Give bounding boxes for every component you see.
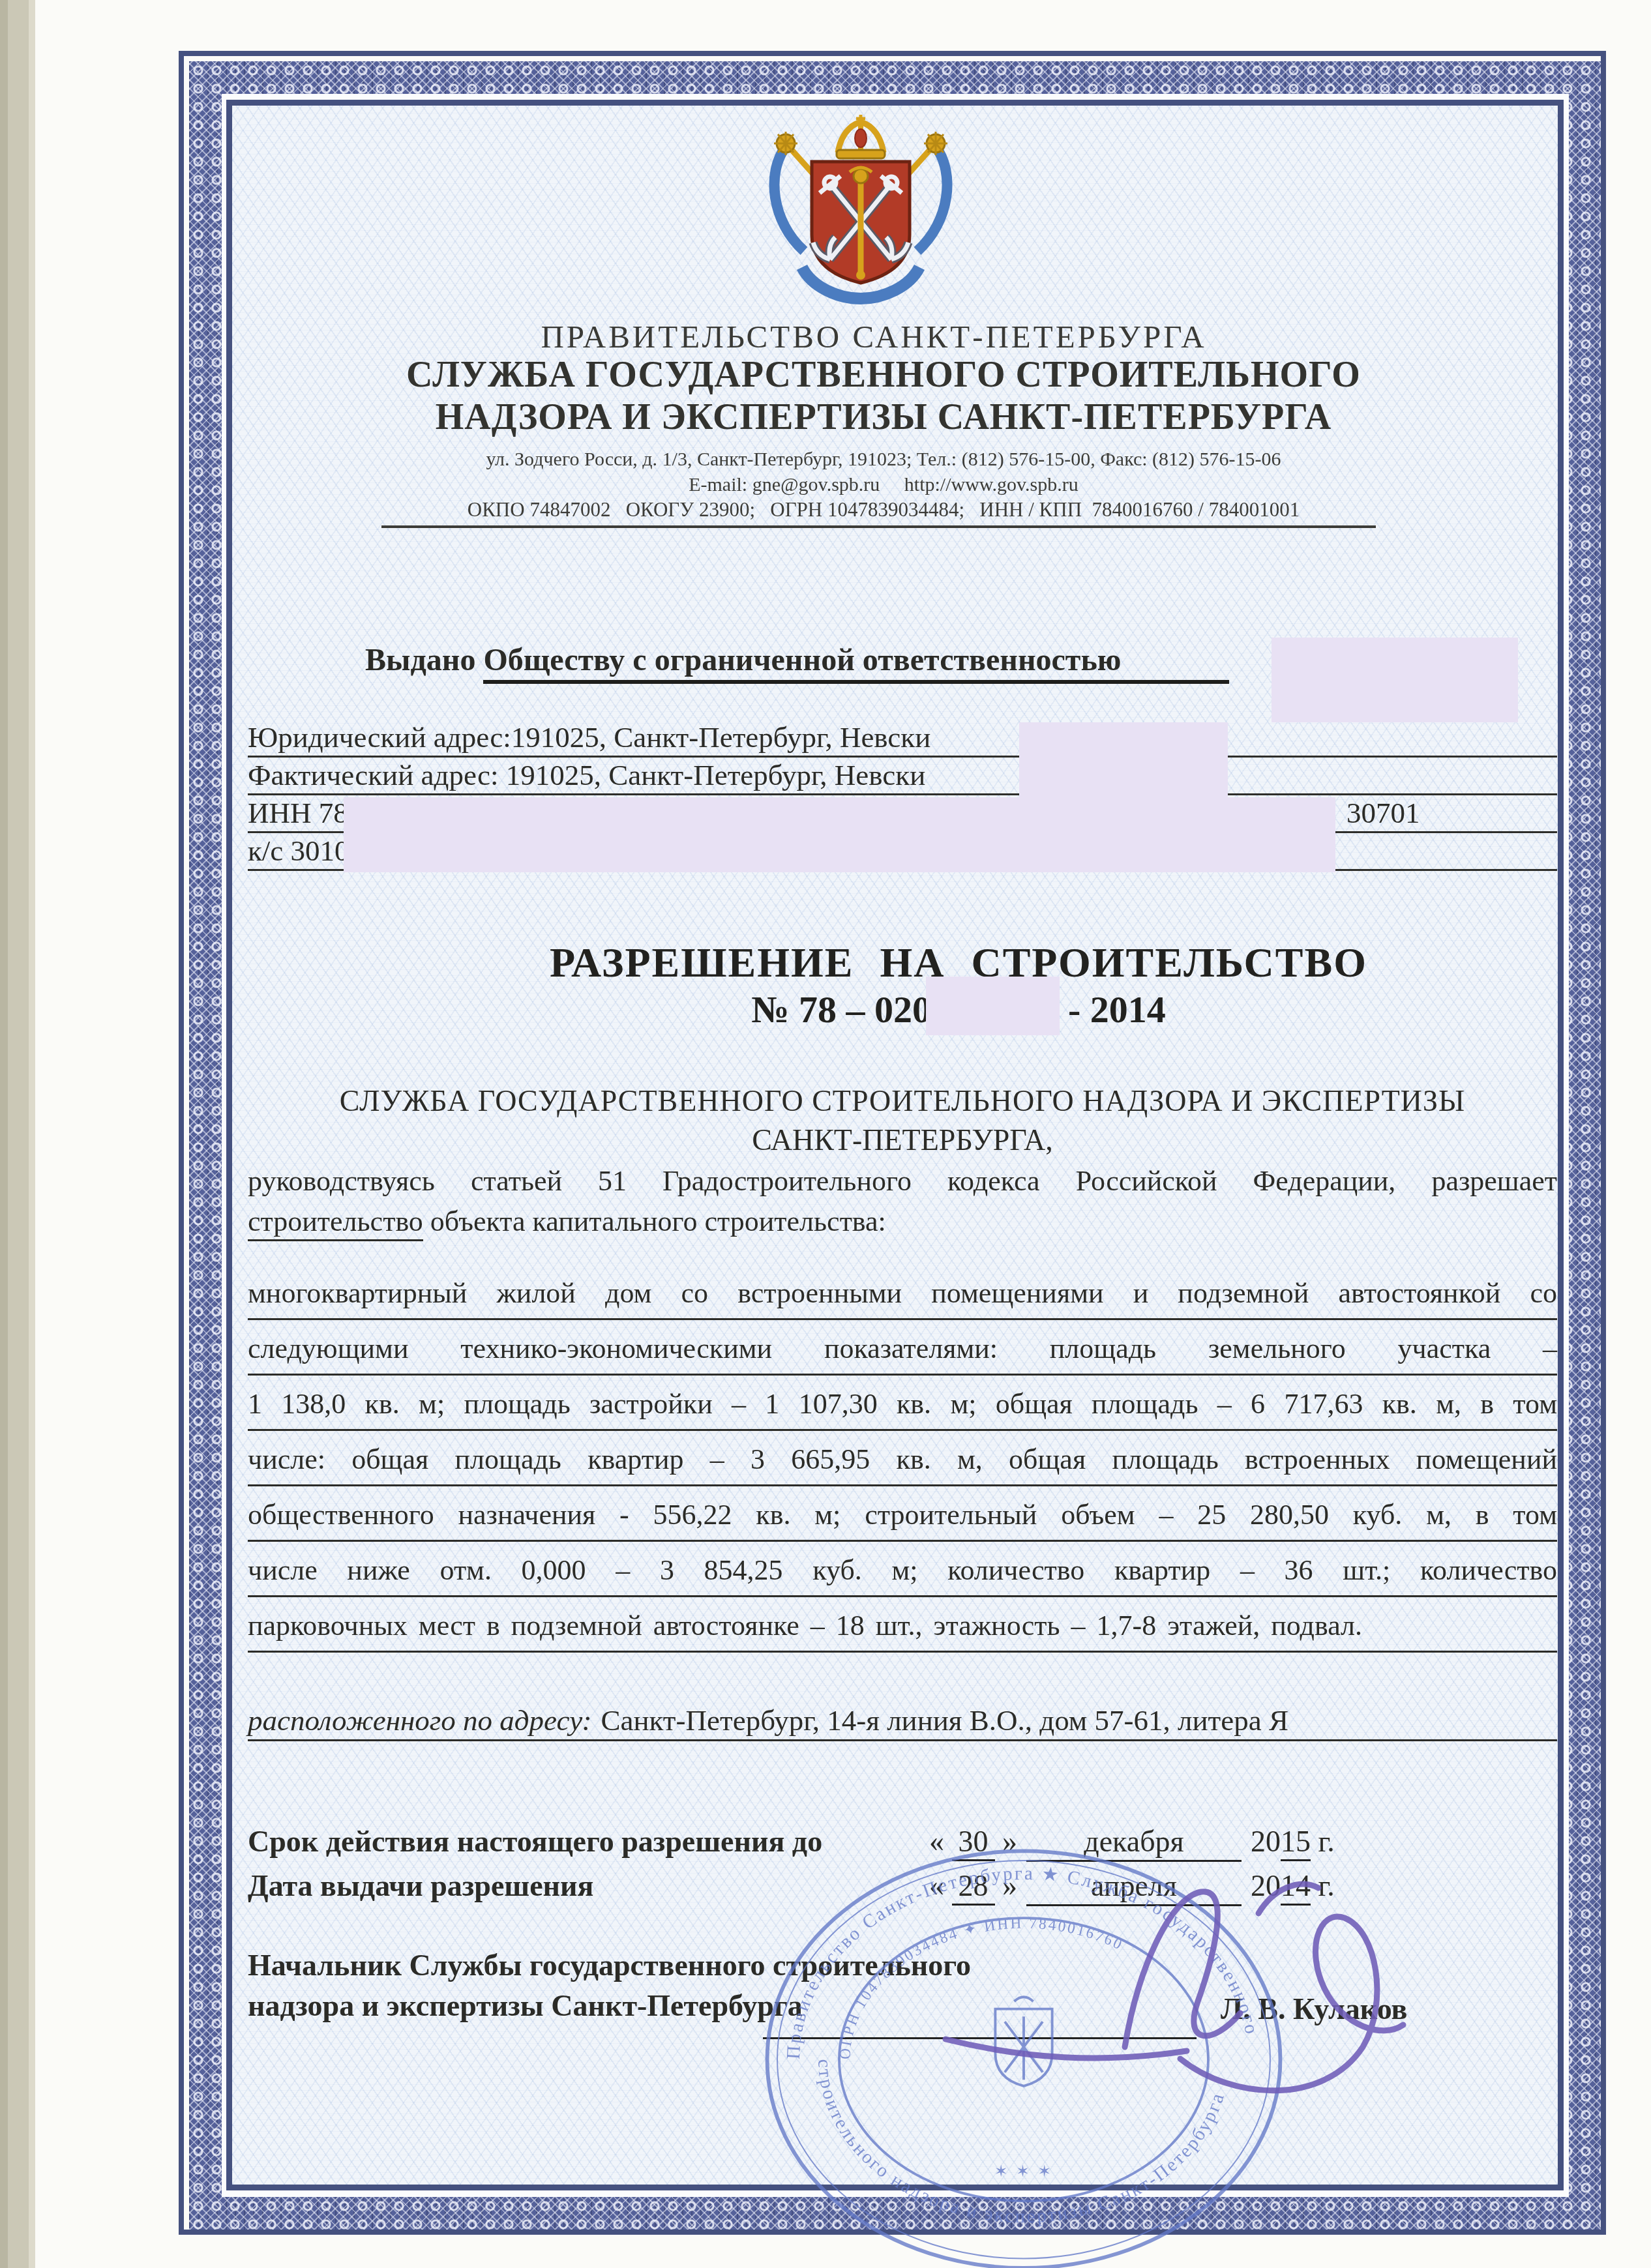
object-description-line: числе ниже отм. 0,000 – 3 854,25 куб. м;… bbox=[248, 1540, 1557, 1597]
permitted-action-line: строительство объекта капитального строи… bbox=[248, 1205, 1557, 1238]
object-description-line: следующими технико-экономическими показа… bbox=[248, 1319, 1557, 1376]
legal-address-line: Юридический адрес:191025, Санкт-Петербур… bbox=[248, 720, 1557, 758]
service-address: ул. Зодчего Росси, д. 1/3, Санкт-Петербу… bbox=[235, 449, 1532, 471]
permit-number-prefix: № 78 – 020 bbox=[751, 988, 931, 1031]
object-description-line: парковочных мест в подземной автостоянке… bbox=[248, 1596, 1557, 1653]
actual-address-text: Фактический адрес: 191025, Санкт-Петербу… bbox=[248, 758, 925, 792]
action-rest: объекта капитального строительства: bbox=[423, 1205, 886, 1237]
redaction-recipient-name bbox=[1272, 638, 1518, 722]
issued-recipient: Обществу с ограниченной ответственностью bbox=[483, 643, 1228, 684]
validity-label: Срок действия настоящего разрешения до bbox=[248, 1824, 822, 1859]
issued-to-line: Выдано Обществу с ограниченной ответстве… bbox=[365, 642, 1229, 678]
service-name-line1: СЛУЖБА ГОСУДАРСТВЕННОГО СТРОИТЕЛЬНОГО bbox=[235, 354, 1532, 396]
letterhead-divider bbox=[381, 525, 1376, 528]
handwritten-signature bbox=[906, 1851, 1415, 2132]
scanner-edge-strip bbox=[0, 0, 35, 2268]
service-reg-codes: ОКПО 74847002 ОКОГУ 23900; ОГРН 10478390… bbox=[235, 498, 1532, 522]
redaction-address bbox=[1019, 722, 1228, 802]
legal-basis-line: руководствуясь статьей 51 Градостроитель… bbox=[248, 1164, 1557, 1198]
location-line: расположенного по адресу:Санкт-Петербург… bbox=[248, 1703, 1557, 1741]
issue-date-label: Дата выдачи разрешения bbox=[248, 1868, 593, 1903]
legal-address-text: Юридический адрес:191025, Санкт-Петербур… bbox=[248, 720, 930, 754]
object-description-line: числе: общая площадь квартир – 3 665,95 … bbox=[248, 1430, 1557, 1486]
authority-line2: САНКТ-ПЕТЕРБУРГА, bbox=[248, 1123, 1557, 1157]
government-title: ПРАВИТЕЛЬСТВО САНКТ-ПЕТЕРБУРГА bbox=[235, 318, 1513, 355]
permit-number-suffix: - 2014 bbox=[1068, 988, 1166, 1031]
authority-line1: СЛУЖБА ГОСУДАРСТВЕННОГО СТРОИТЕЛЬНОГО НА… bbox=[248, 1083, 1557, 1118]
action-word-underlined: строительство bbox=[248, 1205, 423, 1241]
object-description-line: общественного назначения - 556,22 кв. м;… bbox=[248, 1485, 1557, 1542]
signatory-position-line2: надзора и экспертизы Санкт-Петербурга bbox=[248, 1988, 803, 2023]
service-name-line2: НАДЗОРА И ЭКСПЕРТИЗЫ САНКТ-ПЕТЕРБУРГА bbox=[235, 396, 1532, 438]
saint-petersburg-coat-of-arms-icon bbox=[740, 111, 981, 306]
object-description-line: многоквартирный жилой дом со встроенными… bbox=[248, 1263, 1557, 1320]
location-value: Санкт-Петербург, 14-я линия В.О., дом 57… bbox=[601, 1703, 1288, 1737]
object-description-line: 1 138,0 кв. м; площадь застройки – 1 107… bbox=[248, 1374, 1557, 1431]
redaction-permit-number bbox=[926, 977, 1060, 1035]
svg-text:✶ ✶ ✶: ✶ ✶ ✶ bbox=[994, 2163, 1053, 2181]
actual-address-line: Фактический адрес: 191025, Санкт-Петербу… bbox=[248, 758, 1557, 795]
location-label: расположенного по адресу: bbox=[248, 1703, 592, 1737]
issued-label: Выдано bbox=[365, 643, 483, 677]
redaction-bank-details bbox=[344, 797, 1335, 872]
scanned-construction-permit-document: ПРАВИТЕЛЬСТВО САНКТ-ПЕТЕРБУРГА СЛУЖБА ГО… bbox=[0, 0, 1651, 2268]
inn-suffix: 30701 bbox=[1346, 796, 1420, 830]
service-contacts: E-mail: gne@gov.spb.ru http://www.gov.sp… bbox=[235, 474, 1532, 496]
